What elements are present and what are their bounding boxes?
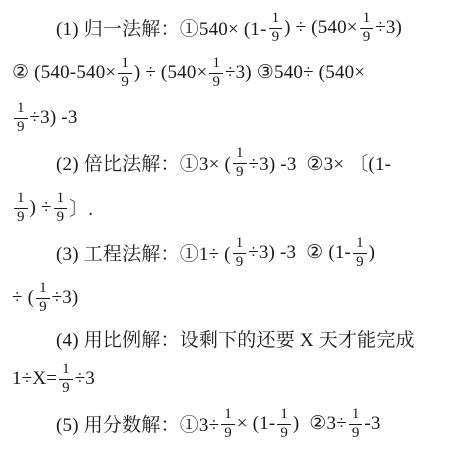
fraction: 19 [118,56,132,91]
fraction: 19 [277,407,291,442]
fraction-numerator: 1 [269,11,283,29]
fraction-denominator: 9 [233,254,247,271]
fraction-numerator: 1 [14,101,28,119]
math-solutions-document: (1) 归一法解：①540× (1-19) ÷ (540×19÷3)② (540… [0,0,456,456]
math-text: ÷ ( [12,287,34,309]
solution-line-8: (4) 用比例解：设剩下的还要 X 天才能完成 [10,320,448,356]
fraction: 19 [54,191,68,226]
fraction: 19 [353,236,367,271]
math-text: ÷3) -3 ② (1- [248,241,351,264]
math-text: (1) 归一法解：①540× (1- [56,14,267,41]
math-text: ÷3) -3 ②3× 〔(1- [249,149,392,176]
solution-line-3: 19÷3) -3 [10,95,448,140]
fraction-denominator: 9 [269,29,283,46]
math-text: ② (540-540× [12,61,116,84]
fraction-denominator: 9 [14,119,28,136]
fraction-denominator: 9 [54,209,68,226]
fraction: 19 [59,362,73,397]
solution-line-7: ÷ (19÷3) [10,275,448,320]
fraction-denominator: 9 [277,425,291,442]
fraction-numerator: 1 [221,407,235,425]
math-text: ÷3) [375,17,402,39]
solution-line-2: ② (540-540×19) ÷ (540×19÷3) ③540÷ (540× [10,50,448,95]
fraction: 19 [233,146,247,181]
fraction-denominator: 9 [209,74,223,91]
fraction-numerator: 1 [59,362,73,380]
math-text: ) ②3÷ [293,412,347,435]
fraction-denominator: 9 [59,380,73,397]
solution-line-6: (3) 工程法解：①1÷ (19÷3) -3 ② (1-19) [10,230,448,275]
solution-line-9: 1÷X=19÷3 [10,356,448,401]
math-text: (3) 工程法解：①1÷ ( [56,239,231,266]
fraction-denominator: 9 [118,74,132,91]
math-text: ÷3) [52,287,79,309]
fraction-numerator: 1 [360,11,374,29]
fraction: 19 [269,11,283,46]
fraction: 19 [14,101,28,136]
math-text: (4) 用比例解：设剩下的还要 X 天才能完成 [56,325,415,352]
fraction: 19 [221,407,235,442]
fraction: 19 [360,11,374,46]
math-text: ) ÷ [30,197,52,219]
fraction: 19 [233,236,247,271]
math-text: ) ÷ (540× [134,62,208,84]
fraction-denominator: 9 [233,164,247,181]
math-text: ) [369,242,376,264]
fraction-numerator: 1 [233,236,247,254]
fraction-denominator: 9 [353,254,367,271]
fraction-numerator: 1 [209,56,223,74]
math-text: ÷3) -3 [30,107,78,129]
fraction-denominator: 9 [36,299,50,316]
fraction-numerator: 1 [349,407,363,425]
solution-line-4: (2) 倍比法解：①3× (19÷3) -3 ②3× 〔(1- [10,140,448,185]
fraction-numerator: 1 [14,191,28,209]
solution-line-1: (1) 归一法解：①540× (1-19) ÷ (540×19÷3) [10,5,448,50]
math-text: × (1- [237,413,276,435]
fraction-numerator: 1 [277,407,291,425]
fraction: 19 [349,407,363,442]
fraction: 19 [209,56,223,91]
fraction-numerator: 1 [54,191,68,209]
math-text: ÷3) ③540÷ (540× [225,61,365,84]
fraction-denominator: 9 [360,29,374,46]
solution-line-5: 19) ÷19〕. [10,185,448,230]
fraction: 19 [36,281,50,316]
fraction-numerator: 1 [36,281,50,299]
fraction-denominator: 9 [349,425,363,442]
fraction-numerator: 1 [233,146,247,164]
math-text: (2) 倍比法解：①3× ( [56,149,231,176]
math-text: 〕. [69,194,93,221]
fraction-denominator: 9 [221,425,235,442]
math-text: 1÷X= [12,368,57,390]
fraction-numerator: 1 [353,236,367,254]
fraction: 19 [14,191,28,226]
math-text: ) ÷ (540× [284,17,358,39]
math-text: ÷3 [75,368,95,390]
fraction-denominator: 9 [14,209,28,226]
fraction-numerator: 1 [118,56,132,74]
math-text: (5) 用分数解：①3÷ [56,410,219,437]
solution-line-10: (5) 用分数解：①3÷19× (1-19) ②3÷19-3 [10,401,448,446]
math-text: -3 [364,413,380,435]
